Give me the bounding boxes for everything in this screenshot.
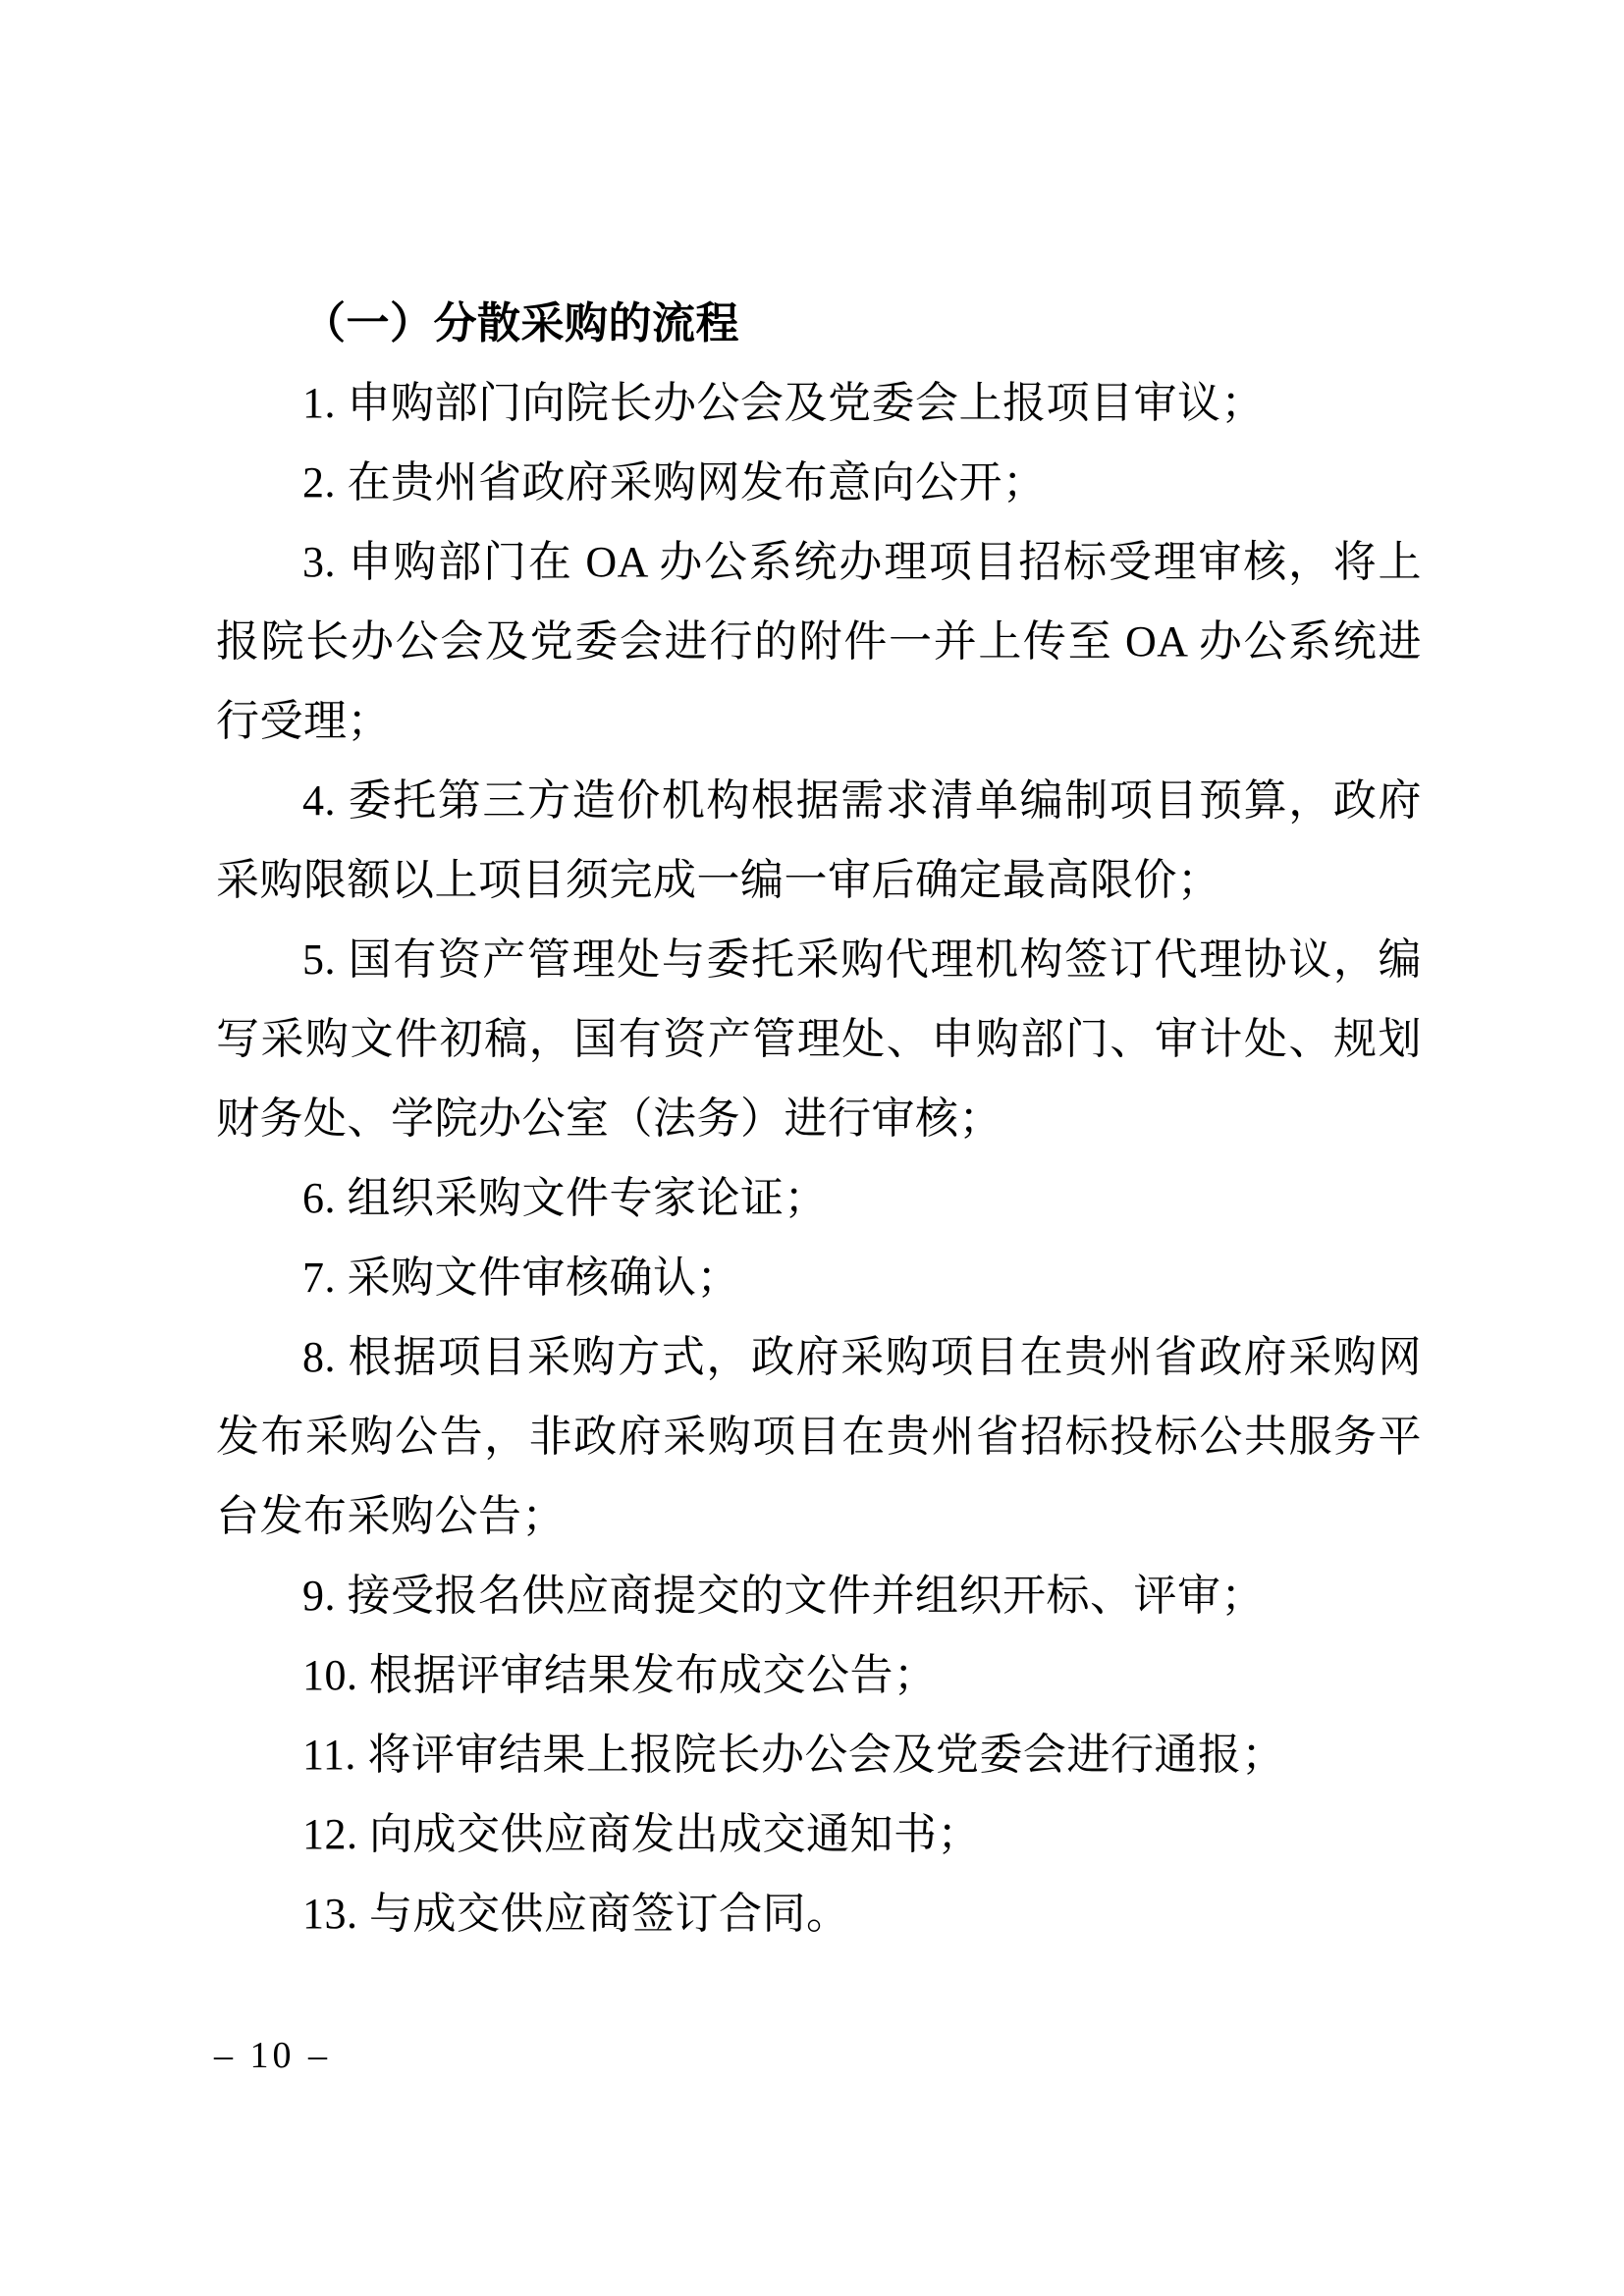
list-item-5: 5. 国有资产管理处与委托采购代理机构签订代理协议，编写采购文件初稿，国有资产管… bbox=[216, 920, 1422, 1158]
list-item-9: 9. 接受报名供应商提交的文件并组织开标、评审； bbox=[216, 1556, 1422, 1635]
list-item-1: 1. 申购部门向院长办公会及党委会上报项目审议； bbox=[216, 363, 1422, 443]
list-item-3: 3. 申购部门在 OA 办公系统办理项目招标受理审核，将上报院长办公会及党委会进… bbox=[216, 522, 1422, 761]
list-item-12: 12. 向成交供应商发出成交通知书； bbox=[216, 1794, 1422, 1874]
document-page: （一）分散采购的流程 1. 申购部门向院长办公会及党委会上报项目审议； 2. 在… bbox=[0, 0, 1624, 2296]
list-item-11: 11. 将评审结果上报院长办公会及党委会进行通报； bbox=[216, 1715, 1422, 1794]
list-item-7: 7. 采购文件审核确认； bbox=[216, 1238, 1422, 1317]
list-item-4: 4. 委托第三方造价机构根据需求清单编制项目预算，政府采购限额以上项目须完成一编… bbox=[216, 761, 1422, 920]
list-item-10: 10. 根据评审结果发布成交公告； bbox=[216, 1635, 1422, 1715]
list-item-13: 13. 与成交供应商签订合同。 bbox=[216, 1874, 1422, 1953]
list-item-6: 6. 组织采购文件专家论证； bbox=[216, 1158, 1422, 1238]
list-item-2: 2. 在贵州省政府采购网发布意向公开； bbox=[216, 443, 1422, 522]
page-number: – 10 – bbox=[214, 2034, 331, 2077]
section-heading: （一）分散采购的流程 bbox=[216, 284, 1422, 363]
document-body: （一）分散采购的流程 1. 申购部门向院长办公会及党委会上报项目审议； 2. 在… bbox=[216, 284, 1422, 1953]
list-item-8: 8. 根据项目采购方式，政府采购项目在贵州省政府采购网发布采购公告，非政府采购项… bbox=[216, 1317, 1422, 1556]
